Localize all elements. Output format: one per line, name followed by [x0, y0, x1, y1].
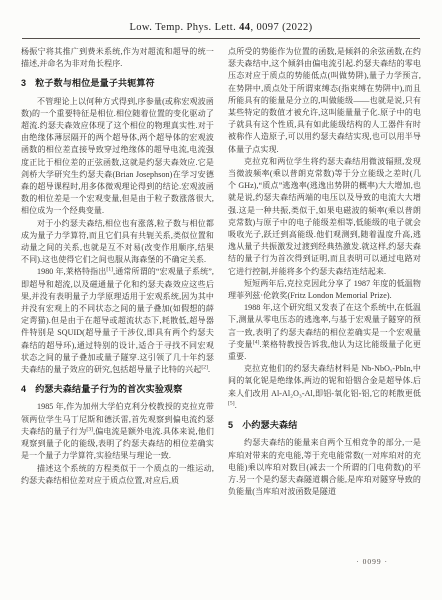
paragraph: 约瑟夫森结的能量来自两个互相竞争的部分,一是库珀对带来的充电能,等于充电能常数(…	[228, 437, 421, 498]
paragraph: 1980 年,莱格特指出[1],通常所谓的“宏观量子系统”,即超导和超流,以及磁…	[21, 266, 214, 376]
reference-marker: [2]	[201, 364, 208, 370]
section-heading: 3粒子数与相位是量子共轭算符	[21, 77, 214, 89]
left-column: 杨振宁将其推广到费米系统,作为对超流和超导的统一描述,并命名为非对角长程序.3粒…	[21, 46, 214, 498]
paragraph: 对于小约瑟夫森结,相位也有涨落,粒子数与相位都成为量子力学算符,而且它们具有共轭…	[21, 218, 214, 267]
section-number: 4	[21, 384, 26, 394]
page-number: · 0099 ·	[356, 557, 388, 566]
reference-marker: [3]	[86, 426, 93, 432]
header-rule	[22, 38, 420, 39]
section-title: 约瑟夫森结量子行为的首次实验观察	[35, 384, 182, 394]
journal-title: Low. Temp. Phys. Lett.	[129, 22, 239, 33]
journal-page: Low. Temp. Phys. Lett. 44, 0097 (2022) 杨…	[0, 0, 442, 600]
paragraph: 点所受的势能作为位置的函数,是倾斜的余弦函数,在约瑟夫森结中,这个倾斜由偏电流引…	[228, 46, 421, 156]
right-column: 点所受的势能作为位置的函数,是倾斜的余弦函数,在约瑟夫森结中,这个倾斜由偏电流引…	[228, 46, 421, 498]
reference-marker: [4]	[253, 339, 260, 345]
paragraph: 克拉克和两位学生将约瑟夫森结用微波辐照,发现当微波频率(乘以普朗克常数)等于分立…	[228, 156, 421, 278]
running-head: Low. Temp. Phys. Lett. 44, 0097 (2022)	[21, 22, 421, 33]
section-number: 5	[228, 420, 233, 430]
section-heading: 5小约瑟夫森结	[228, 419, 421, 431]
reference-marker: [1]	[106, 267, 113, 273]
paragraph: 杨振宁将其推广到费米系统,作为对超流和超导的统一描述,并命名为非对角长程序.	[21, 46, 214, 70]
volume-number: 44	[239, 22, 250, 33]
section-title: 粒子数与相位是量子共轭算符	[35, 78, 155, 88]
section-heading: 4约瑟夫森结量子行为的首次实验观察	[21, 383, 214, 395]
section-number: 3	[21, 78, 26, 88]
two-column-body: 杨振宁将其推广到费米系统,作为对超流和超导的统一描述,并命名为非对角长程序.3粒…	[21, 46, 421, 498]
reference-marker: [5]	[228, 400, 235, 406]
section-title: 小约瑟夫森结	[242, 420, 297, 430]
paragraph: 1985 年,作为加州大学伯克利分校教授的克拉克带领两位学生马丁尼斯和德沃雷,首…	[21, 401, 214, 462]
paragraph: 描述这个系统的方程类似于一个质点的一维运动,约瑟夫森结相位差对应于质点位置,对应…	[21, 463, 214, 487]
page-and-year: , 0097 (2022)	[250, 22, 312, 33]
paragraph: 不管理论上以何种方式得到,序参量(或称宏观波函数)的一个重要特征是相位.相位随着…	[21, 96, 214, 218]
paragraph: 克拉克他们的约瑟夫森结材料是 Nb-NbOₓ-PbIn,中间的氧化铌是绝缘体,两…	[228, 363, 421, 412]
paragraph: 1988 年,这个研究组又发表了在这个系统中,在低温下,测量从零电压态的逃逸率,…	[228, 302, 421, 363]
paragraph: 短短两年后,克拉克因此分享了 1987 年度的低温物理菲列兹·伦敦奖(Fritz…	[228, 278, 421, 302]
